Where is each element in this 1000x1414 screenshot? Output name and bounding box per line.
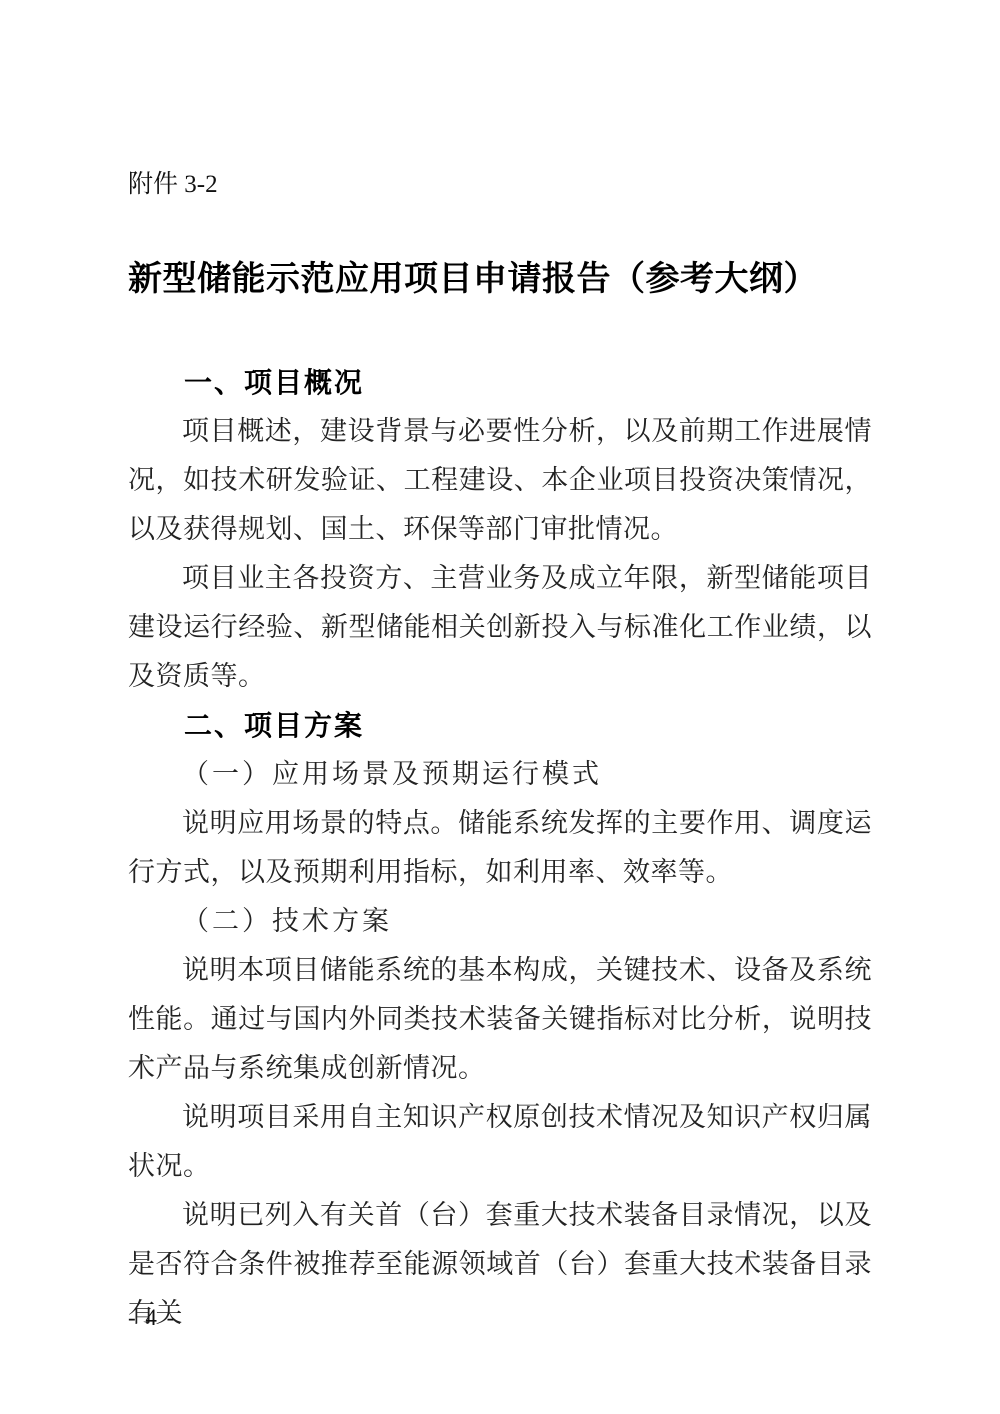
paragraph: 说明项目采用自主知识产权原创技术情况及知识产权归属状况。 — [128, 1093, 872, 1191]
page-body: 一、项目概况 项目概述，建设背景与必要性分析，以及前期工作进展情况，如技术研发验… — [128, 358, 872, 1338]
page-number: - 4 - — [128, 1303, 176, 1333]
sub-heading-2: （二）技术方案 — [128, 897, 872, 946]
sub-heading-1: （一）应用场景及预期运行模式 — [128, 750, 872, 799]
attachment-label: 附件 3-2 — [128, 170, 872, 200]
paragraph: 项目业主各投资方、主营业务及成立年限，新型储能项目建设运行经验、新型储能相关创新… — [128, 554, 872, 701]
paragraph: 说明应用场景的特点。储能系统发挥的主要作用、调度运行方式，以及预期利用指标，如利… — [128, 799, 872, 897]
chapter-heading-1: 一、项目概况 — [128, 358, 872, 407]
document-page: 附件 3-2 新型储能示范应用项目申请报告（参考大纲） 一、项目概况 项目概述，… — [0, 0, 1000, 1414]
paragraph: 项目概述，建设背景与必要性分析，以及前期工作进展情况，如技术研发验证、工程建设、… — [128, 407, 872, 554]
paragraph: 说明本项目储能系统的基本构成，关键技术、设备及系统性能。通过与国内外同类技术装备… — [128, 946, 872, 1093]
document-title: 新型储能示范应用项目申请报告（参考大纲） — [128, 257, 872, 301]
paragraph: 说明已列入有关首（台）套重大技术装备目录情况，以及是否符合条件被推荐至能源领域首… — [128, 1191, 872, 1338]
chapter-heading-2: 二、项目方案 — [128, 701, 872, 750]
